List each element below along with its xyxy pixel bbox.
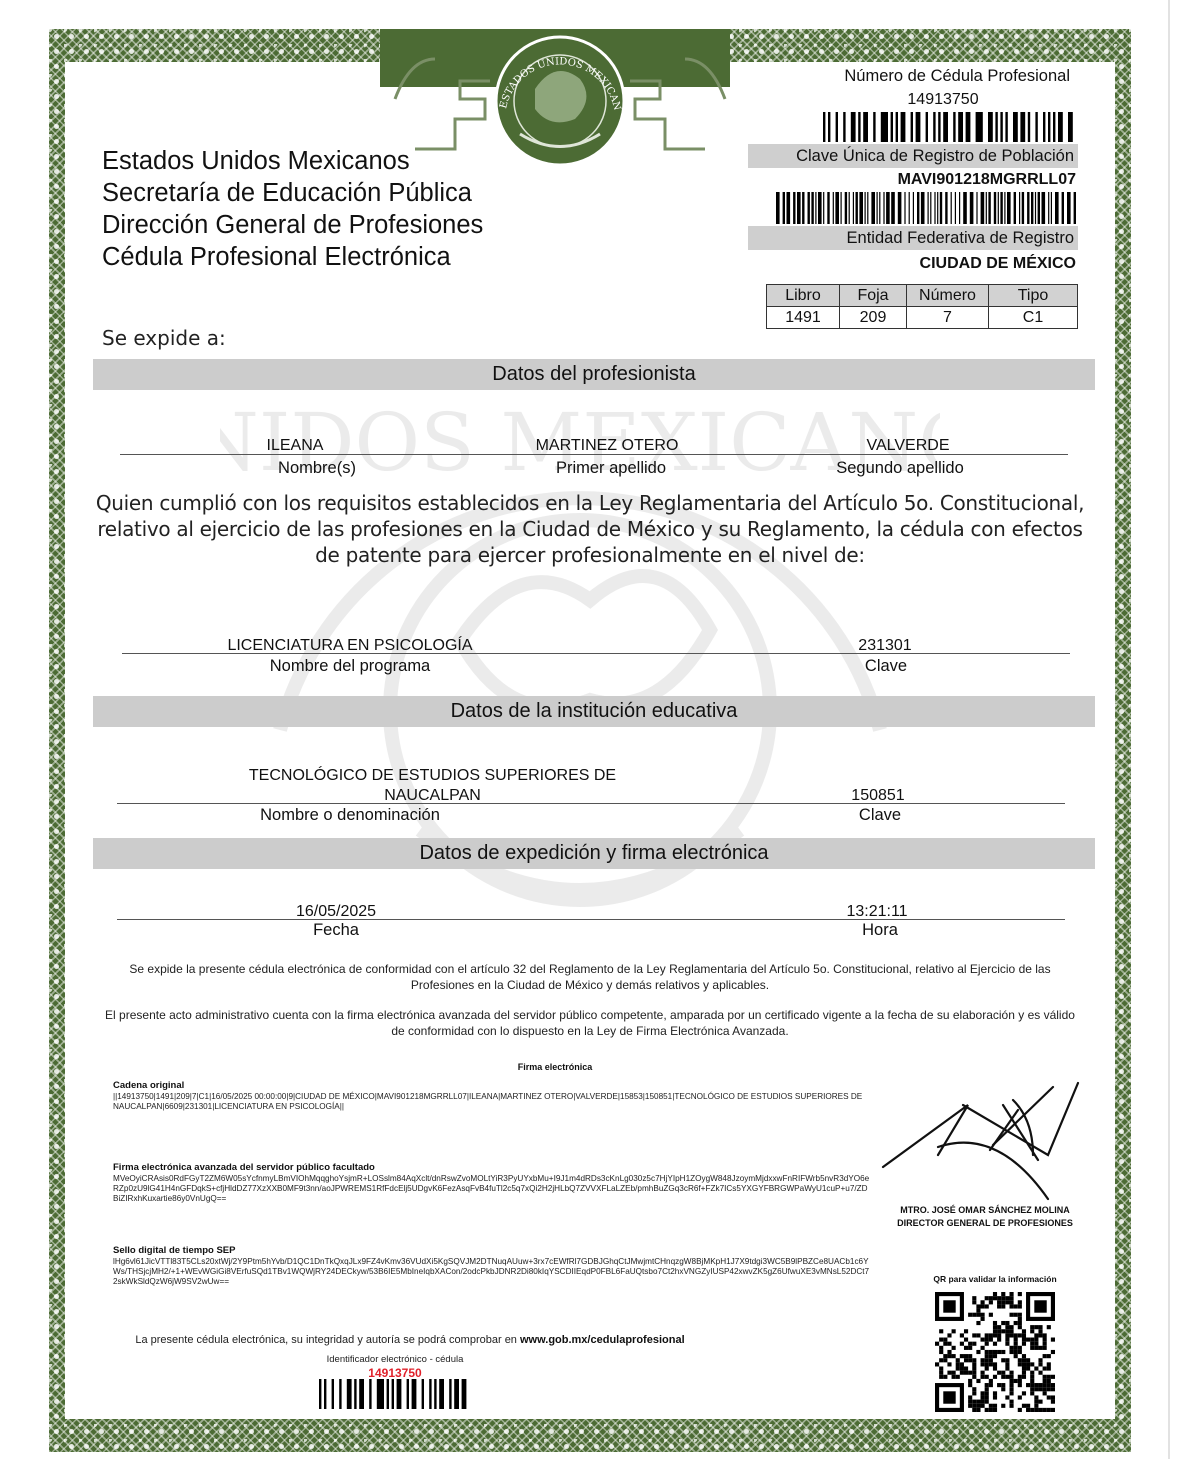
table-cell-numero: 7 <box>907 307 989 329</box>
legal-note-articulo-32: Se expide la presente cédula electrónica… <box>105 961 1075 993</box>
signer-title: DIRECTOR GENERAL DE PROFESIONES <box>880 1217 1090 1230</box>
section-expedicion: Datos de expedición y firma electrónica <box>93 838 1095 869</box>
entidad-label: Entidad Federativa de Registro <box>748 226 1078 250</box>
verify-note: La presente cédula electrónica, su integ… <box>110 1334 710 1346</box>
page-edge <box>1168 0 1170 1459</box>
header-line-direccion: Dirección General de Profesiones <box>102 209 483 241</box>
primer-apellido-label: Primer apellido <box>511 459 711 478</box>
table-cell-foja: 209 <box>840 307 907 329</box>
table-header-tipo: Tipo <box>989 285 1078 307</box>
registro-table: Libro Foja Número Tipo 1491 209 7 C1 <box>766 284 1078 329</box>
table-cell-tipo: C1 <box>989 307 1078 329</box>
segundo-apellido-label: Segundo apellido <box>800 459 1000 478</box>
institucion-clave-label: Clave <box>820 806 940 825</box>
expedicion-underline <box>117 919 1065 920</box>
se-expide-label: Se expide a: <box>102 326 226 350</box>
identificador-barcode-icon <box>319 1379 471 1411</box>
header-line-secretaria: Secretaría de Educación Pública <box>102 177 483 209</box>
sello-label: Sello digital de tiempo SEP <box>113 1245 235 1256</box>
name-underline <box>120 454 1068 455</box>
qr-code-icon[interactable] <box>935 1292 1055 1412</box>
issuer-header: Estados Unidos Mexicanos Secretaría de E… <box>102 145 483 273</box>
curp-label: Clave Única de Registro de Población <box>748 144 1078 168</box>
table-header-numero: Número <box>907 285 989 307</box>
table-header-libro: Libro <box>767 285 840 307</box>
programa-clave-label: Clave <box>826 657 946 676</box>
identificador-number: 14913750 <box>300 1366 490 1380</box>
signature-icon <box>878 1075 1088 1205</box>
qr-label: QR para validar la información <box>920 1274 1070 1284</box>
signer-name: MTRO. JOSÉ OMAR SÁNCHEZ MOLINA <box>880 1204 1090 1217</box>
firma-avanzada-label: Firma electrónica avanzada del servidor … <box>113 1162 375 1173</box>
cedula-number-label: Número de Cédula Profesional <box>748 64 1078 88</box>
primer-apellido-value: MARTINEZ OTERO <box>507 437 707 455</box>
cedula-barcode-icon <box>748 112 1078 144</box>
legal-note-firma: El presente acto administrativo cuenta c… <box>105 1007 1075 1039</box>
table-cell-libro: 1491 <box>767 307 840 329</box>
firma-avanzada-value: MVeOyiCRAsis0RdFGyT2ZM6W05sYcfnmyLBmVIOh… <box>113 1174 873 1204</box>
cadena-original: ||14913750|1491|209|7|C1|16/05/2025 00:0… <box>113 1092 863 1112</box>
programa-label: Nombre del programa <box>230 657 470 676</box>
nombre-value: ILEANA <box>215 437 375 455</box>
header-line-country: Estados Unidos Mexicanos <box>102 145 483 177</box>
section-institucion: Datos de la institución educativa <box>93 696 1095 727</box>
section-profesionista: Datos del profesionista <box>93 359 1095 390</box>
cedula-number: 14913750 <box>748 88 1078 112</box>
hora-label: Hora <box>820 921 940 940</box>
institucion-underline <box>117 803 1065 804</box>
identificador-label: Identificador electrónico - cédula <box>300 1354 490 1365</box>
sello-value: lHg6vl61JicVTTl83T5CLs20xtWj/2Y9Ptm5hYvb… <box>113 1257 873 1287</box>
legal-paragraph: Quien cumplió con los requisitos estable… <box>90 490 1090 568</box>
verify-text: La presente cédula electrónica, su integ… <box>135 1334 517 1346</box>
entidad-value: CIUDAD DE MÉXICO <box>748 252 1078 276</box>
registration-info: Número de Cédula Profesional 14913750 Cl… <box>748 64 1078 276</box>
header-line-document-type: Cédula Profesional Electrónica <box>102 241 483 273</box>
table-header-foja: Foja <box>840 285 907 307</box>
programa-underline <box>122 653 1070 654</box>
firma-title: Firma electrónica <box>480 1062 630 1072</box>
curp-value: MAVI901218MGRRLL07 <box>748 168 1078 192</box>
fecha-label: Fecha <box>256 921 416 940</box>
nombre-label: Nombre(s) <box>237 459 397 478</box>
segundo-apellido-value: VALVERDE <box>808 437 1008 455</box>
verify-link[interactable]: www.gob.mx/cedulaprofesional <box>520 1334 685 1346</box>
curp-barcode-icon <box>748 192 1078 226</box>
institucion-label: Nombre o denominación <box>220 806 480 825</box>
institucion-value-line1: TECNOLÓGICO DE ESTUDIOS SUPERIORES DE <box>200 767 665 785</box>
signer-block: MTRO. JOSÉ OMAR SÁNCHEZ MOLINA DIRECTOR … <box>880 1204 1090 1230</box>
cadena-label: Cadena original <box>113 1080 184 1091</box>
